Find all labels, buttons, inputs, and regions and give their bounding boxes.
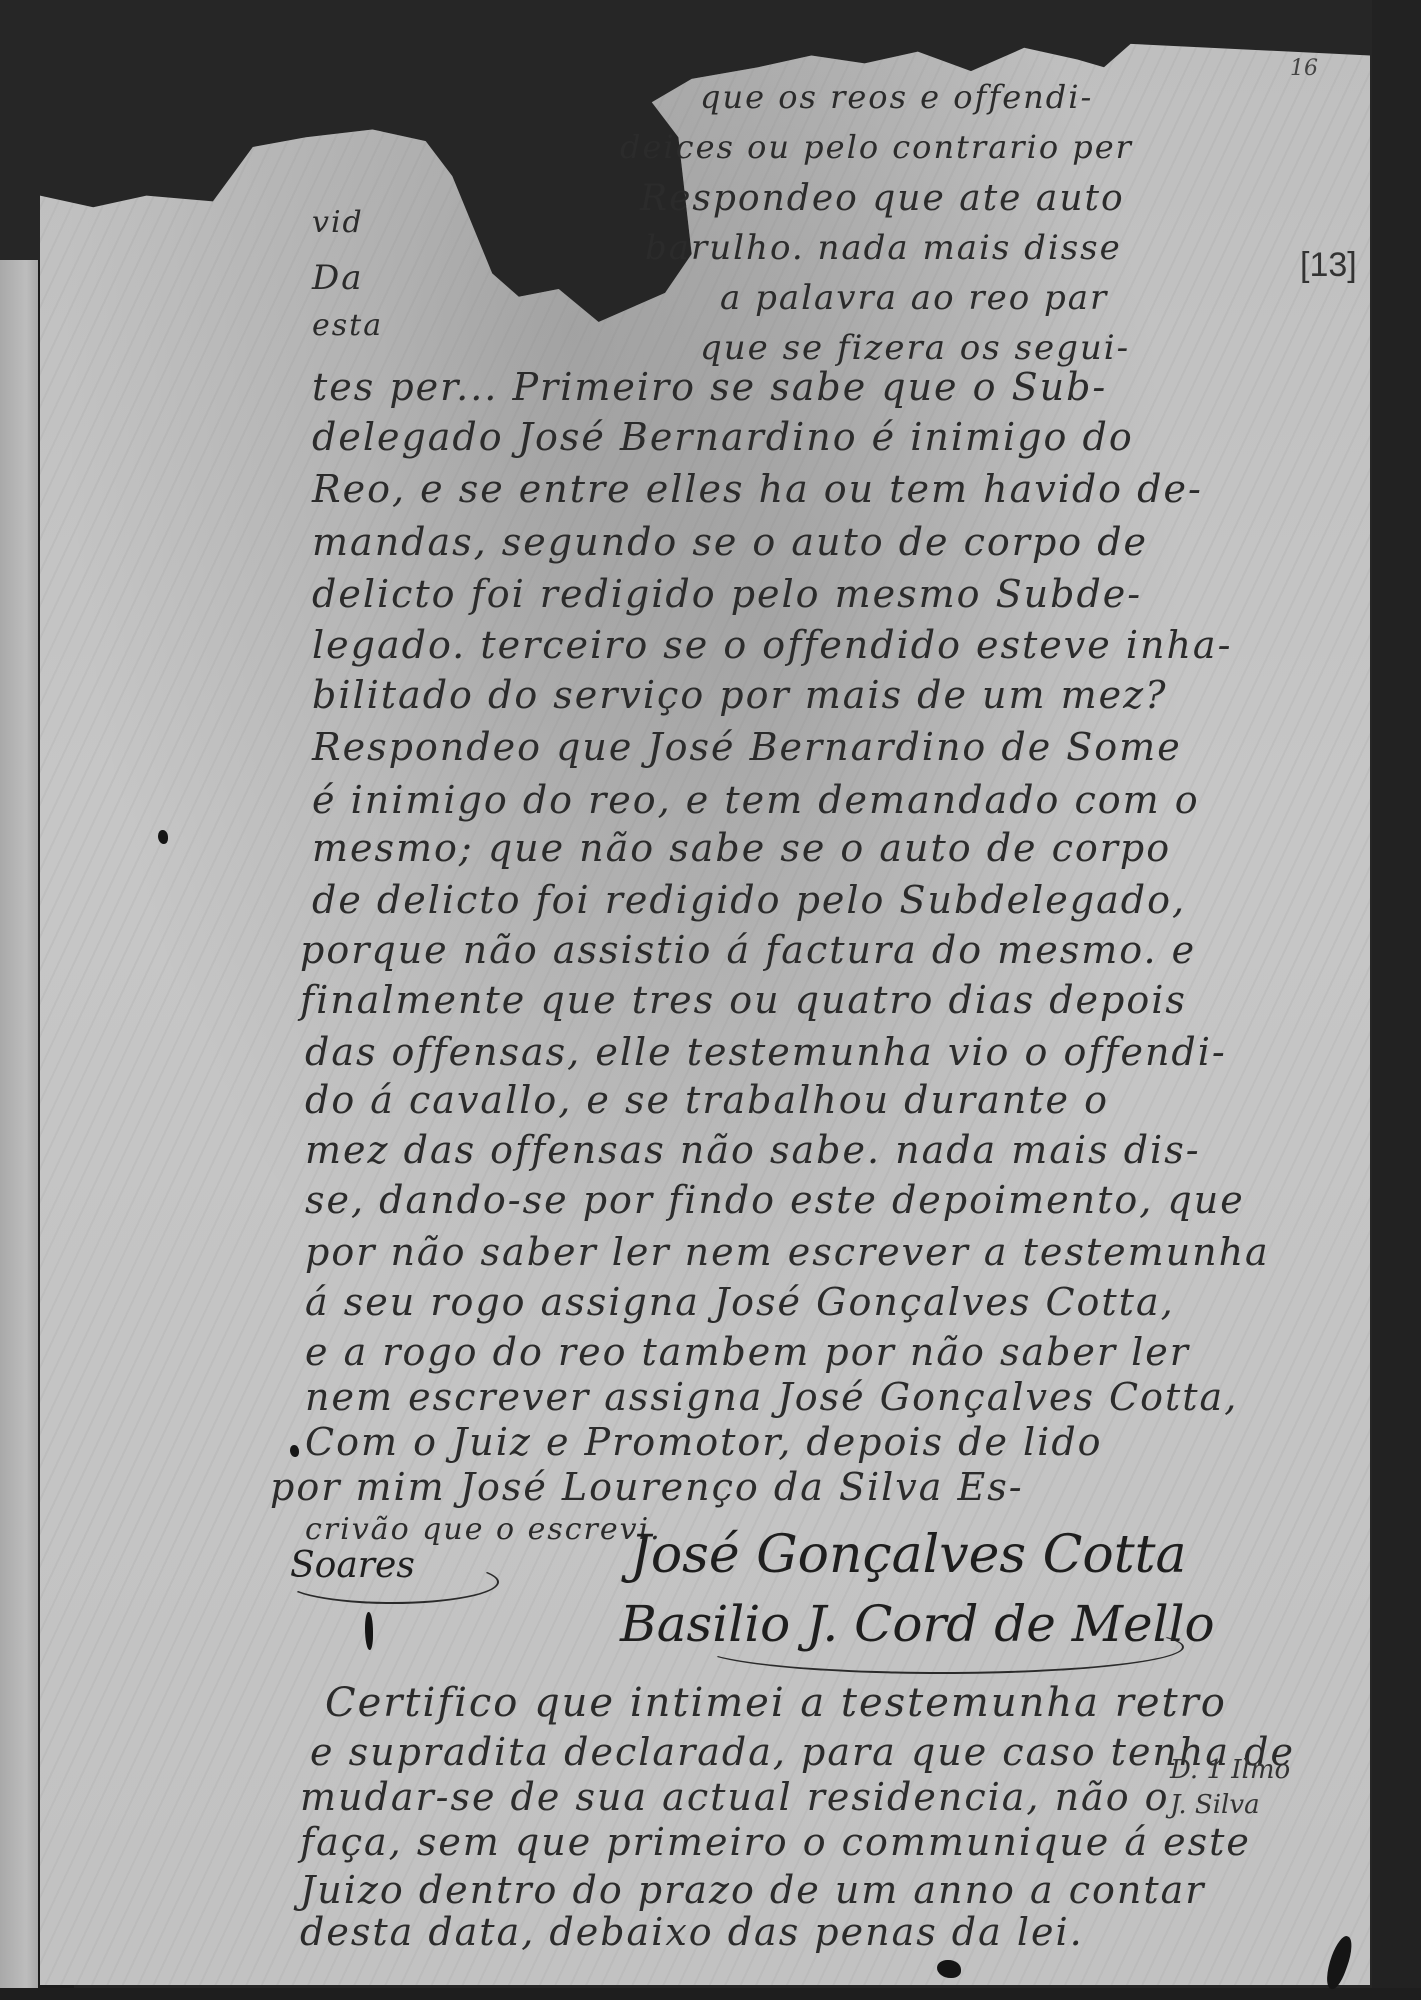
ink-blot [158, 830, 168, 844]
text-line: delegado José Bernardino é inimigo do [312, 415, 1134, 459]
text-line: tes per... Primeiro se sabe que o Sub- [312, 365, 1107, 409]
text-line: por não saber ler nem escrever a testemu… [305, 1230, 1270, 1274]
ink-blot [290, 1445, 299, 1457]
text-line: bilitado do serviço por mais de um mez? [312, 673, 1168, 717]
text-line: e supradita declarada, para que caso ten… [310, 1730, 1295, 1774]
right-shadow-edge [1372, 0, 1421, 2000]
text-line: Juizo dentro do prazo de um anno a conta… [300, 1868, 1205, 1912]
text-line: é inimigo do reo, e tem demandado com o [312, 778, 1200, 822]
text-line: Respondeo que ate auto [640, 178, 1125, 219]
text-line: finalmente que tres ou quatro dias depoi… [300, 978, 1187, 1022]
text-line: Certifico que intimei a testemunha retro [325, 1680, 1227, 1726]
text-line: Respondeo que José Bernardino de Some [312, 725, 1182, 769]
ink-blot [365, 1612, 373, 1650]
text-line: que os reos e offendi- [700, 78, 1093, 116]
corner-page-number: 16 [1290, 56, 1318, 81]
text-line: do á cavallo, e se trabalhou durante o [305, 1078, 1109, 1122]
text-line: deices ou pelo contrario per [620, 128, 1133, 166]
folio-marker: [13] [1300, 246, 1357, 285]
signature-flourish [285, 1560, 499, 1604]
text-line: Reo, e se entre elles ha ou tem havido d… [312, 467, 1203, 511]
ink-blot [937, 1960, 961, 1978]
text-line: porque não assistio á factura do mesmo. … [300, 928, 1196, 972]
signature-flourish [700, 1620, 1184, 1674]
text-line: que se fizera os segui- [700, 328, 1130, 368]
text-line: mesmo; que não sabe se o auto de corpo [312, 826, 1171, 870]
text-line: mandas, segundo se o auto de corpo de [312, 520, 1148, 564]
text-line: de delicto foi redigido pelo Subdelegado… [312, 878, 1186, 922]
text-line: mez das offensas não sabe. nada mais dis… [305, 1128, 1201, 1172]
text-line: faça, sem que primeiro o communique á es… [300, 1820, 1251, 1864]
text-line: nem escrever assigna José Gonçalves Cott… [305, 1375, 1238, 1419]
text-line: e a rogo do reo tambem por não saber ler [305, 1330, 1190, 1374]
text-line: delicto foi redigido pelo mesmo Subde- [312, 572, 1142, 616]
text-line: legado. terceiro se o offendido esteve i… [312, 623, 1232, 667]
text-line: por mim José Lourenço da Silva Es- [270, 1465, 1024, 1509]
fragment-text: esta [312, 308, 383, 343]
signature-witness-proxy: José Gonçalves Cotta [630, 1525, 1187, 1585]
margin-note: J. Silva [1170, 1790, 1260, 1820]
text-line: a palavra ao reo par [720, 278, 1108, 318]
text-line: barulho. nada mais disse [645, 228, 1122, 268]
text-line: mudar-se de sua actual residencia, não o [300, 1775, 1170, 1819]
text-line: das offensas, elle testemunha vio o offe… [305, 1030, 1227, 1074]
text-line: Com o Juiz e Promotor, depois de lido [305, 1420, 1103, 1464]
text-line: á seu rogo assigna José Gonçalves Cotta, [305, 1280, 1175, 1324]
bottom-shadow-edge [0, 1988, 1421, 2000]
fragment-text: vid [312, 205, 364, 240]
margin-note: D. 1 Ilmo [1170, 1755, 1290, 1785]
text-line: desta data, debaixo das penas da lei. [300, 1910, 1084, 1954]
text-line: se, dando-se por findo este depoimento, … [305, 1178, 1245, 1222]
text-line: crivão que o escrevi. [305, 1512, 662, 1547]
fragment-text: Da [312, 258, 364, 298]
